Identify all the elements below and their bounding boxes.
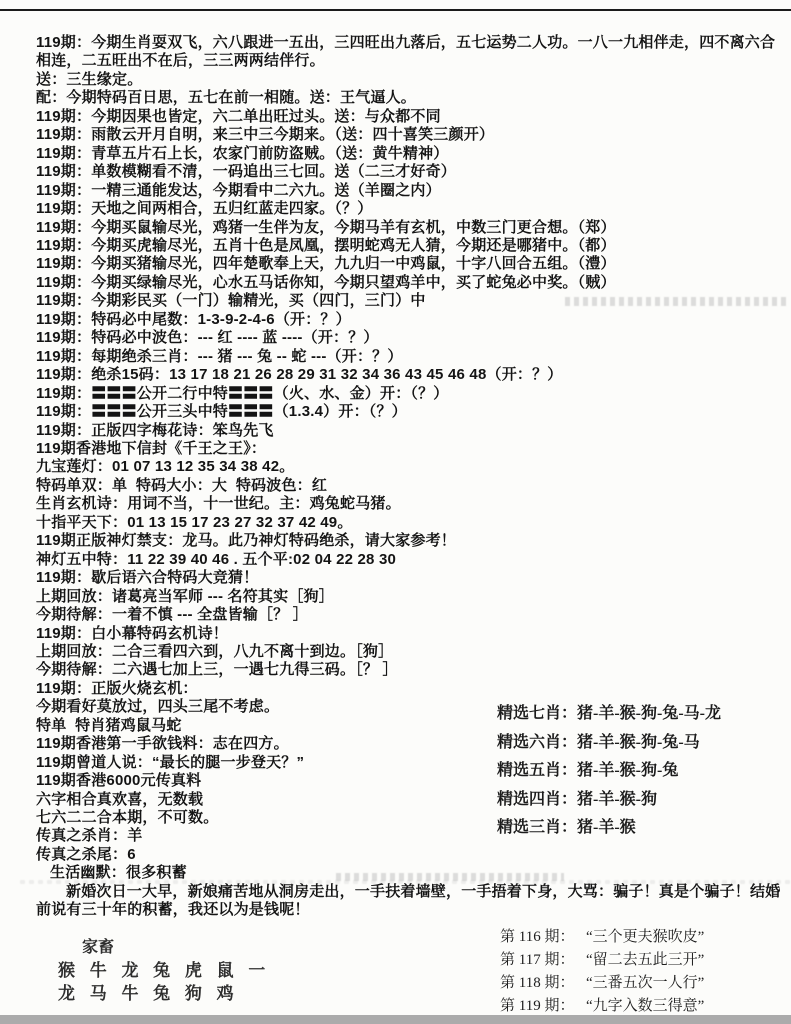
prediction-line: 119期：今期买虎输尽光，五肖十色是凤凰，摆明蛇鸡无人猜，今期还是哪猪中。（都） [36,237,784,255]
prediction-line: 119期：一精三通能发达，今期看中二六九。送（羊圈之内） [36,182,784,200]
prediction-line: 送：三生缘定。 [36,71,784,89]
ink-smudge [565,297,787,306]
prediction-line: 119期：雨散云开月自明，来三中三今期来。（送：四十喜笑三颜开） [36,126,784,144]
livestock-title: 家畜 [58,936,270,959]
zodiac-row-label: 精选七肖： [497,705,577,722]
livestock-block: 家畜 猴 牛 龙 兔 虎 鼠 一龙 马 牛 兔 狗 鸡 [58,936,270,1005]
past-issue-row: 第 117 期：“留二去五此三开” [500,949,704,972]
selected-zodiac-row: 精选六肖：猪-羊-猴-狗-兔-马 [497,729,789,758]
prediction-line: 今期待解：一着不慎 --- 全盘皆输［？ ］ [36,606,784,624]
zodiac-row-value: 猪-羊-猴 [577,819,636,836]
selected-zodiac-row: 精选五肖：猪-羊-猴-狗-兔 [497,757,789,786]
prediction-line: 九宝莲灯：01 07 13 12 35 34 38 42。 [36,458,784,476]
prediction-line: 119期：今期生肖耍双飞，六八跟进一五出，三四旺出九落后，五七运势二人功。一八一… [36,34,784,71]
scan-edge-bar [0,1015,791,1024]
prediction-line: 119期：今期买绿输尽光，心水五马话你知，今期只望鸡羊中，买了蛇兔必中奖。（贼） [36,274,784,292]
prediction-line: 新婚次日一大早，新娘痛苦地从洞房走出，一手扶着墙壁，一手捂着下身，大骂：骗子！真… [36,883,784,920]
past-issue-label: 第 116 期： [500,926,586,949]
selected-zodiac-row: 精选四肖：猪-羊-猴-狗 [497,786,789,815]
selected-zodiac-row: 精选七肖：猪-羊-猴-狗-兔-马-龙 [497,700,789,729]
prediction-line: 上期回放：二合三看四六到，八九不离十到边。［狗］ [36,643,784,661]
past-issue-row: 第 118 期：“三番五次一人行” [500,972,704,995]
zodiac-row-value: 猪-羊-猴-狗-兔 [577,762,678,779]
prediction-line: 119期：〓〓〓公开二行中特〓〓〓（火、水、金）开：（？） [36,385,784,403]
selected-zodiac-block: 精选七肖：猪-羊-猴-狗-兔-马-龙精选六肖：猪-羊-猴-狗-兔-马精选五肖：猪… [497,700,789,843]
top-rule-divider [0,9,791,11]
zodiac-row-label: 精选五肖： [497,762,577,779]
prediction-line: 119期正版神灯禁支：龙马。此乃神灯特码绝杀，请大家参考！ [36,532,784,550]
prediction-line: 119期：今期买鼠输尽光，鸡猪一生伴为友，今期马羊有玄机，中数三门更合想。（郑） [36,219,784,237]
zodiac-row-label: 精选四肖： [497,791,577,808]
prediction-line: 神灯五中特：11 22 39 40 46 . 五个平:02 04 22 28 3… [36,551,784,569]
prediction-line: 119期：歇后语六合特码大竞猜！ [36,569,784,587]
livestock-row: 龙 马 牛 兔 狗 鸡 [58,982,270,1005]
prediction-line: 配：今期特码百日思，五七在前一相随。送：王气逼人。 [36,89,784,107]
prediction-line: 119期：青草五片石上长，农家门前防盗贼。（送：黄牛精神） [36,145,784,163]
ink-smudge [20,880,790,884]
livestock-rows: 猴 牛 龙 兔 虎 鼠 一龙 马 牛 兔 狗 鸡 [58,959,270,1005]
livestock-row: 猴 牛 龙 兔 虎 鼠 一 [58,959,270,982]
tip-sheet-page: 119期：今期生肖耍双飞，六八跟进一五出，三四旺出九落后，五七运势二人功。一八一… [0,0,791,1024]
zodiac-row-value: 猪-羊-猴-狗 [577,791,657,808]
prediction-line: 特码单双：单 特码大小：大 特码波色：红 [36,477,784,495]
prediction-line: 119期香港地下信封《千王之王》： [36,440,784,458]
prediction-line: 119期：今期因果也皆定，六二单出旺过头。送：与众都不同 [36,108,784,126]
prediction-line: 十指平天下：01 13 15 17 23 27 32 37 42 49。 [36,514,784,532]
zodiac-row-value: 猪-羊-猴-狗-兔-马-龙 [577,705,721,722]
past-issue-text: “留二去五此三开” [586,952,704,968]
prediction-line: 119期：白小幕特码玄机诗！ [36,625,784,643]
zodiac-row-label: 精选六肖： [497,734,577,751]
selected-zodiac-row: 精选三肖：猪-羊-猴 [497,814,789,843]
prediction-line: 119期：绝杀15码：13 17 18 21 26 28 29 31 32 34… [36,366,784,384]
prediction-line: 119期：正版四字梅花诗：笨鸟先飞 [36,422,784,440]
prediction-line: 119期：特码必中波色：--- 红 ---- 蓝 ----（开：？） [36,329,784,347]
prediction-line: 119期：天地之间两相合，五归红蓝走四家。（？） [36,200,784,218]
prediction-line: 119期：每期绝杀三肖：--- 猪 --- 兔 -- 蛇 ---（开：？） [36,348,784,366]
past-issue-text: “三个更夫猴吹皮” [586,929,704,945]
prediction-line: 119期：今期买猪输尽光，四年楚歌奉上天，九九归一中鸡鼠，十字八回合五组。（澧） [36,255,784,273]
prediction-line: 119期：正版火烧玄机： [36,680,784,698]
zodiac-row-value: 猪-羊-猴-狗-兔-马 [577,734,700,751]
past-issue-text: “三番五次一人行” [586,975,704,991]
prediction-line: 上期回放：诸葛亮当军师 --- 名符其实［狗］ [36,588,784,606]
prediction-line: 119期：特码必中尾数：1-3-9-2-4-6（开：？） [36,311,784,329]
past-issue-label: 第 117 期： [500,949,586,972]
prediction-line: 传真之杀尾：6 [36,846,784,864]
cutoff-fade [262,958,288,1006]
past-issue-row: 第 116 期：“三个更夫猴吹皮” [500,926,704,949]
prediction-line: 119期：单数模糊看不清，一码追出三七回。送（二三才好奇） [36,163,784,181]
zodiac-row-label: 精选三肖： [497,819,577,836]
prediction-line: 119期：〓〓〓公开三头中特〓〓〓（1.3.4）开：（？） [36,403,784,421]
prediction-line: 今期待解：二六遇七加上三，一遇七九得三码。［？ ］ [36,661,784,679]
past-issue-label: 第 118 期： [500,972,586,995]
past-issue-text: “九字入数三得意” [586,998,704,1014]
prediction-line: 生肖玄机诗：用词不当，十一世纪。主：鸡兔蛇马猪。 [36,495,784,513]
past-issues-block: 第 116 期：“三个更夫猴吹皮”第 117 期：“留二去五此三开”第 118 … [500,926,704,1018]
